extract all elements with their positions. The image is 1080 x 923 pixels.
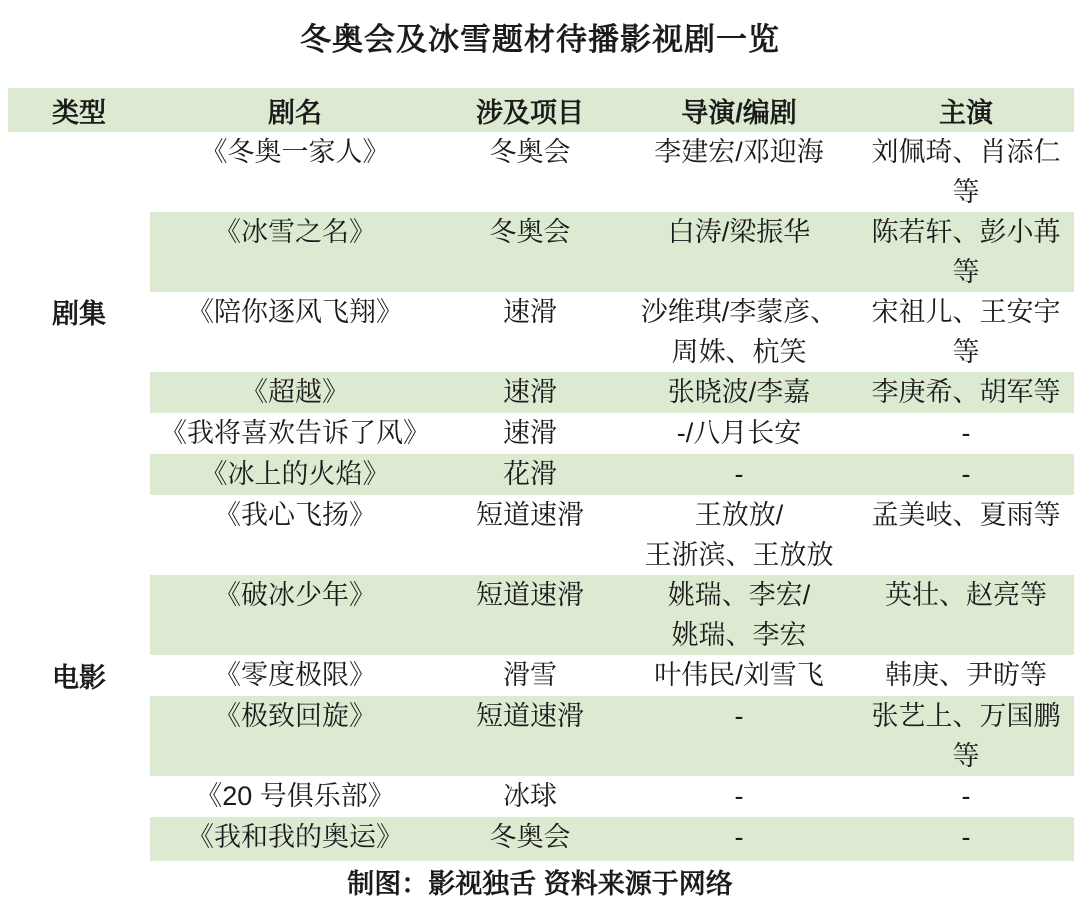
cell-cast: 韩庚、尹昉等 xyxy=(858,655,1074,696)
cell-title: 《冰雪之名》 xyxy=(150,212,440,292)
cell-director: 白涛/梁振华 xyxy=(620,212,858,292)
cell-sport: 速滑 xyxy=(440,372,620,413)
cell-title: 《陪你逐风飞翔》 xyxy=(150,292,440,372)
cell-cast: 孟美岐、夏雨等 xyxy=(858,495,1074,575)
table-row: 《20 号俱乐部》 冰球 - - xyxy=(8,776,1074,817)
cell-sport: 冬奥会 xyxy=(440,212,620,292)
upcoming-films-table: 类型 剧名 涉及项目 导演/编剧 主演 剧集 《冬奥一家人》 冬奥会 李建宏/邓… xyxy=(8,88,1074,861)
cell-sport: 花滑 xyxy=(440,454,620,495)
cell-director: - xyxy=(620,454,858,495)
table-row: 《我将喜欢告诉了风》 速滑 -/八月长安 - xyxy=(8,413,1074,454)
cell-title: 《我心飞扬》 xyxy=(150,495,440,575)
table-header-row: 类型 剧名 涉及项目 导演/编剧 主演 xyxy=(8,88,1074,132)
table-row: 《冰上的火焰》 花滑 - - xyxy=(8,454,1074,495)
cell-sport: 冬奥会 xyxy=(440,132,620,212)
cell-director: - xyxy=(620,696,858,776)
cell-sport: 短道速滑 xyxy=(440,575,620,655)
cell-sport: 短道速滑 xyxy=(440,495,620,575)
cell-title: 《破冰少年》 xyxy=(150,575,440,655)
col-header-sport: 涉及项目 xyxy=(440,88,620,132)
cell-sport: 短道速滑 xyxy=(440,696,620,776)
cell-title: 《极致回旋》 xyxy=(150,696,440,776)
cell-sport: 速滑 xyxy=(440,413,620,454)
cell-cast: - xyxy=(858,454,1074,495)
table-row: 电影 《我心飞扬》 短道速滑 王放放/ 王浙滨、王放放 孟美岐、夏雨等 xyxy=(8,495,1074,575)
table-row: 《陪你逐风飞翔》 速滑 沙维琪/李蒙彦、 周姝、杭笑 宋祖儿、王安宇 等 xyxy=(8,292,1074,372)
page-title: 冬奥会及冰雪题材待播影视剧一览 xyxy=(0,22,1080,58)
cell-cast: 张艺上、万国鹏 等 xyxy=(858,696,1074,776)
cell-cast: 陈若轩、彭小苒 等 xyxy=(858,212,1074,292)
col-header-title: 剧名 xyxy=(150,88,440,132)
table-row: 《零度极限》 滑雪 叶伟民/刘雪飞 韩庚、尹昉等 xyxy=(8,655,1074,696)
cell-director: 王放放/ 王浙滨、王放放 xyxy=(620,495,858,575)
cell-title: 《冰上的火焰》 xyxy=(150,454,440,495)
table-row: 《极致回旋》 短道速滑 - 张艺上、万国鹏 等 xyxy=(8,696,1074,776)
type-group-label-film: 电影 xyxy=(8,495,150,861)
cell-title: 《20 号俱乐部》 xyxy=(150,776,440,817)
cell-title: 《我将喜欢告诉了风》 xyxy=(150,413,440,454)
table-row: 《冰雪之名》 冬奥会 白涛/梁振华 陈若轩、彭小苒 等 xyxy=(8,212,1074,292)
cell-sport: 滑雪 xyxy=(440,655,620,696)
cell-cast: 刘佩琦、肖添仁 等 xyxy=(858,132,1074,212)
cell-director: -/八月长安 xyxy=(620,413,858,454)
cell-director: 姚瑞、李宏/ 姚瑞、李宏 xyxy=(620,575,858,655)
cell-director: - xyxy=(620,776,858,817)
cell-director: 张晓波/李嘉 xyxy=(620,372,858,413)
type-group-label-series: 剧集 xyxy=(8,132,150,495)
cell-cast: - xyxy=(858,817,1074,861)
cell-sport: 速滑 xyxy=(440,292,620,372)
cell-cast: - xyxy=(858,776,1074,817)
cell-director: 叶伟民/刘雪飞 xyxy=(620,655,858,696)
table-row: 《破冰少年》 短道速滑 姚瑞、李宏/ 姚瑞、李宏 英壮、赵亮等 xyxy=(8,575,1074,655)
footer-credit: 制图：影视独舌 资料来源于网络 xyxy=(0,864,1080,904)
cell-director: 李建宏/邓迎海 xyxy=(620,132,858,212)
table-row: 《我和我的奥运》 冬奥会 - - xyxy=(8,817,1074,861)
col-header-director: 导演/编剧 xyxy=(620,88,858,132)
cell-director: 沙维琪/李蒙彦、 周姝、杭笑 xyxy=(620,292,858,372)
table-row: 《超越》 速滑 张晓波/李嘉 李庚希、胡军等 xyxy=(8,372,1074,413)
cell-title: 《我和我的奥运》 xyxy=(150,817,440,861)
col-header-cast: 主演 xyxy=(858,88,1074,132)
table-row: 剧集 《冬奥一家人》 冬奥会 李建宏/邓迎海 刘佩琦、肖添仁 等 xyxy=(8,132,1074,212)
cell-sport: 冬奥会 xyxy=(440,817,620,861)
cell-cast: - xyxy=(858,413,1074,454)
cell-cast: 李庚希、胡军等 xyxy=(858,372,1074,413)
cell-cast: 宋祖儿、王安宇 等 xyxy=(858,292,1074,372)
cell-title: 《零度极限》 xyxy=(150,655,440,696)
cell-title: 《超越》 xyxy=(150,372,440,413)
cell-title: 《冬奥一家人》 xyxy=(150,132,440,212)
col-header-type: 类型 xyxy=(8,88,150,132)
cell-sport: 冰球 xyxy=(440,776,620,817)
cell-cast: 英壮、赵亮等 xyxy=(858,575,1074,655)
cell-director: - xyxy=(620,817,858,861)
